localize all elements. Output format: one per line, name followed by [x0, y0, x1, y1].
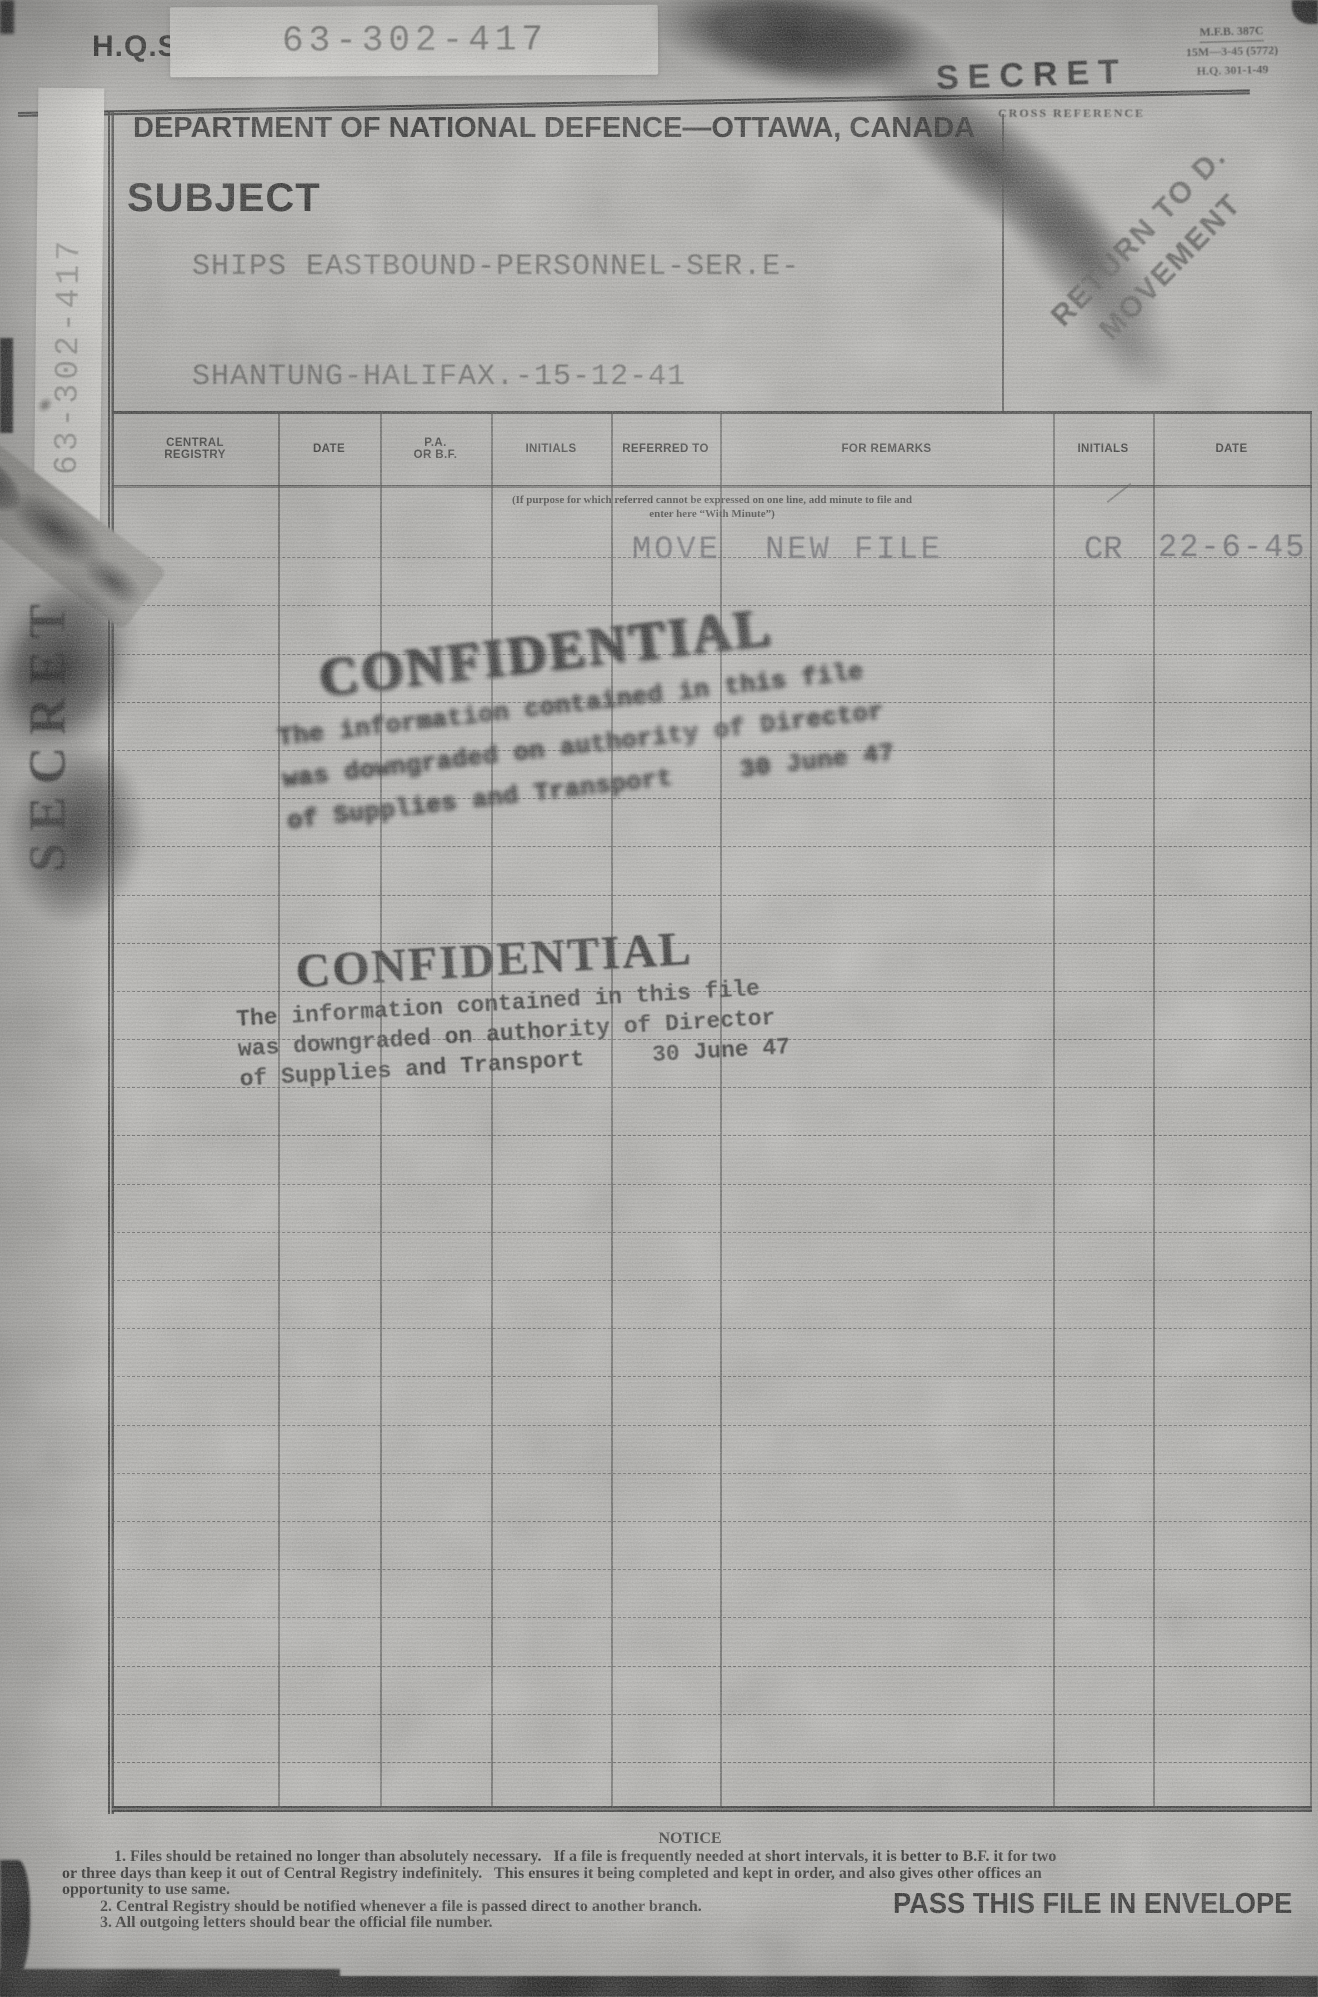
column-header-1: CENTRAL REGISTRY — [112, 417, 278, 481]
form-ref-line2: 15M—3-45 (5772) — [1174, 40, 1290, 62]
notice-item1-line1: 1. Files should be retained no longer th… — [62, 1849, 1056, 1866]
table-row — [112, 1329, 1312, 1377]
table-row — [112, 847, 1312, 895]
table-row — [112, 1667, 1312, 1715]
pass-file-in-envelope: PASS THIS FILE IN ENVELOPE — [893, 1888, 1292, 1921]
column-header-2: DATE — [278, 417, 380, 481]
notice-title: NOTICE — [60, 1830, 1318, 1848]
form-reference-block: M.F.B. 387C 15M—3-45 (5772) H.Q. 301-1-4… — [1173, 20, 1290, 81]
department-title: DEPARTMENT OF NATIONAL DEFENCE—OTTAWA, C… — [133, 112, 975, 145]
column-header-6: FOR REMARKS — [720, 417, 1053, 481]
subject-typed-line-2: SHANTUNG-HALIFAX.-15-12-41 — [192, 360, 686, 394]
column-header-8: DATE — [1153, 417, 1310, 481]
column-header-5: REFERRED TO — [611, 417, 720, 481]
form-ref-line3: H.Q. 301-1-49 — [1174, 59, 1290, 81]
scan-edge-mark — [0, 0, 14, 34]
table-row — [112, 1136, 1312, 1184]
scan-edge-mark — [0, 1860, 30, 1980]
table-top-border — [112, 411, 1312, 414]
cross-reference-label: CROSS REFERENCE — [998, 106, 1145, 121]
table-row — [112, 1377, 1312, 1425]
file-number-side-label: 63-302-417 — [34, 88, 105, 535]
table-row — [112, 1474, 1312, 1522]
scan-edge-mark — [1292, 0, 1318, 24]
table-header-underline — [112, 485, 1312, 488]
notice-item1-line2: or three days than keep it out of Centra… — [62, 1866, 1056, 1883]
table-header-note-line1: (If purpose for which referred cannot be… — [442, 493, 982, 507]
subject-label: SUBJECT — [127, 176, 321, 221]
file-number-label: 63-302-417 — [170, 5, 658, 78]
scan-bottom-bar — [0, 1976, 1318, 1997]
subject-typed-line-1: SHIPS EASTBOUND-PERSONNEL-SER.E- — [192, 250, 800, 284]
table-row — [112, 1185, 1312, 1233]
file-number-vertical: 63-302-417 — [49, 236, 88, 474]
table-row — [112, 1281, 1312, 1329]
document-page: H.Q.S. 63-302-417 SECRET M.F.B. 387C 15M… — [0, 0, 1318, 1997]
column-header-7: INITIALS — [1053, 417, 1153, 481]
table-row — [112, 1570, 1312, 1618]
table-row — [112, 1763, 1312, 1811]
table-row — [112, 1715, 1312, 1763]
entry-remarks: MOVE NEW FILE — [632, 531, 943, 568]
file-number: 63-302-417 — [282, 19, 548, 61]
entry-date: 22-6-45 — [1158, 529, 1306, 566]
table-row — [112, 1088, 1312, 1136]
table-row — [112, 1522, 1312, 1570]
table-bottom-border — [112, 1806, 1312, 1812]
column-header-3: P.A. OR B.F. — [380, 417, 491, 481]
table-row — [112, 1426, 1312, 1474]
column-header-4: INITIALS — [491, 417, 611, 481]
table-row — [112, 1618, 1312, 1666]
table-row — [112, 1233, 1312, 1281]
form-ref-line1: M.F.B. 387C — [1199, 21, 1264, 43]
entry-initials: CR — [1084, 531, 1122, 568]
scan-edge-mark — [0, 338, 13, 433]
subject-box-right-border — [1002, 114, 1004, 412]
